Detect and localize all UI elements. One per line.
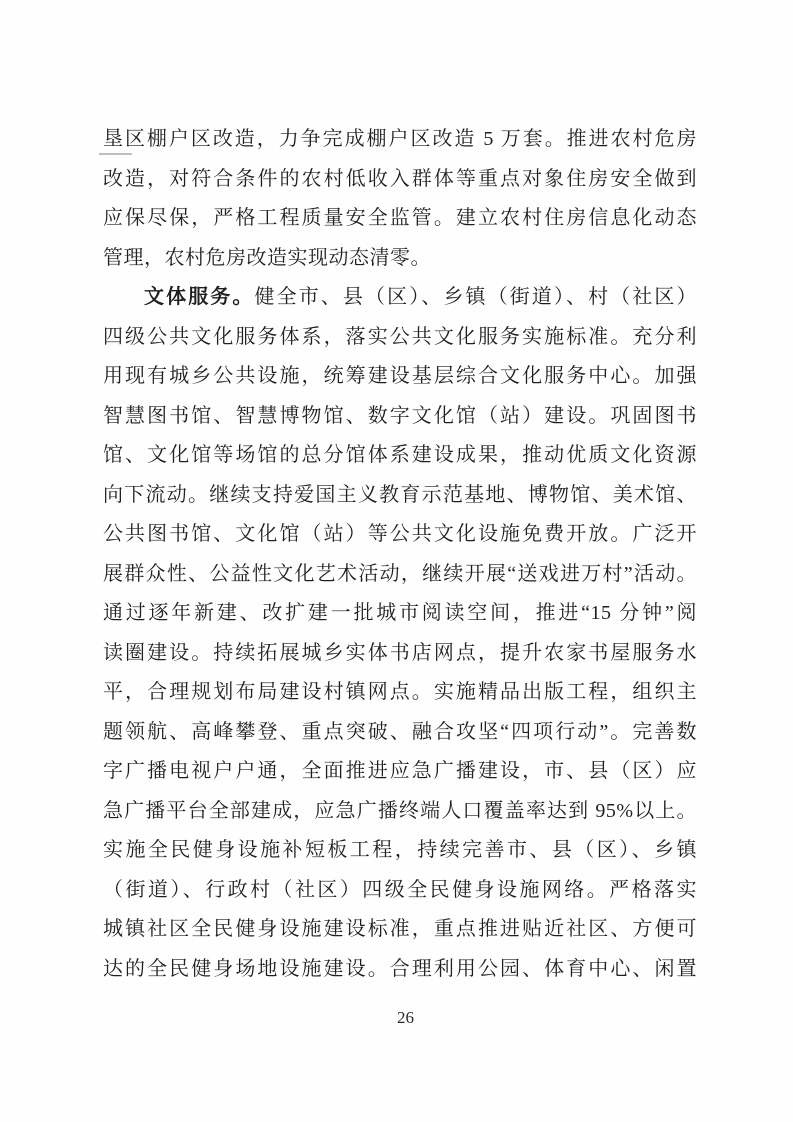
text-line: 改造，对符合条件的农村低收入群体等重点对象住房安全做到	[103, 160, 697, 200]
text-line: 管理，农村危房改造实现动态清零。	[103, 239, 697, 279]
text-line: 通过逐年新建、改扩建一批城市阅读空间，推进“15 分钟”阅	[103, 594, 697, 634]
text-line: 应保尽保，严格工程质量安全监管。建立农村住房信息化动态	[103, 199, 697, 239]
text-line: 急广播平台全部建成，应急广播终端人口覆盖率达到 95%以上。	[103, 792, 697, 832]
text-line: 智慧图书馆、智慧博物馆、数字文化馆（站）建设。巩固图书	[103, 397, 697, 437]
text-line: 馆、文化馆等场馆的总分馆体系建设成果，推动优质文化资源	[103, 436, 697, 476]
text-line: 展群众性、公益性文化艺术活动，继续开展“送戏进万村”活动。	[103, 555, 697, 595]
text-line: 四级公共文化服务体系，落实公共文化服务实施标准。充分利	[103, 318, 697, 358]
text-line: 读圈建设。持续拓展城乡实体书店网点，提升农家书屋服务水	[103, 634, 697, 674]
text-line: 字广播电视户户通，全面推进应急广播建设，市、县（区）应	[103, 752, 697, 792]
text-line: （街道）、行政村（社区）四级全民健身设施网络。严格落实	[103, 871, 697, 911]
text-line-rest: 健全市、县（区）、乡镇（街道）、村（社区）	[255, 286, 698, 308]
text-line: 实施全民健身设施补短板工程，持续完善市、县（区）、乡镇	[103, 831, 697, 871]
text-line: 文体服务。健全市、县（区）、乡镇（街道）、村（社区）	[103, 278, 697, 318]
document-page: 垦区棚户区改造，力争完成棚户区改造 5 万套。推进农村危房 改造，对符合条件的农…	[0, 0, 793, 1122]
text-line: 用现有城乡公共设施，统筹建设基层综合文化服务中心。加强	[103, 357, 697, 397]
paragraph-lead-bold: 文体服务。	[144, 286, 255, 308]
text-line: 题领航、高峰攀登、重点突破、融合攻坚“四项行动”。完善数	[103, 713, 697, 753]
text-line: 公共图书馆、文化馆（站）等公共文化设施免费开放。广泛开	[103, 515, 697, 555]
text-line: 向下流动。继续支持爱国主义教育示范基地、博物馆、美术馆、	[103, 476, 697, 516]
text-line: 城镇社区全民健身设施建设标准，重点推进贴近社区、方便可	[103, 910, 697, 950]
text-line: 平，合理规划布局建设村镇网点。实施精品出版工程，组织主	[103, 673, 697, 713]
text-line: 达的全民健身场地设施建设。合理利用公园、体育中心、闲置	[103, 950, 697, 990]
page-number: 26	[0, 1008, 793, 1028]
text-line: 垦区棚户区改造，力争完成棚户区改造 5 万套。推进农村危房	[103, 120, 697, 160]
body-text: 垦区棚户区改造，力争完成棚户区改造 5 万套。推进农村危房 改造，对符合条件的农…	[103, 120, 697, 989]
